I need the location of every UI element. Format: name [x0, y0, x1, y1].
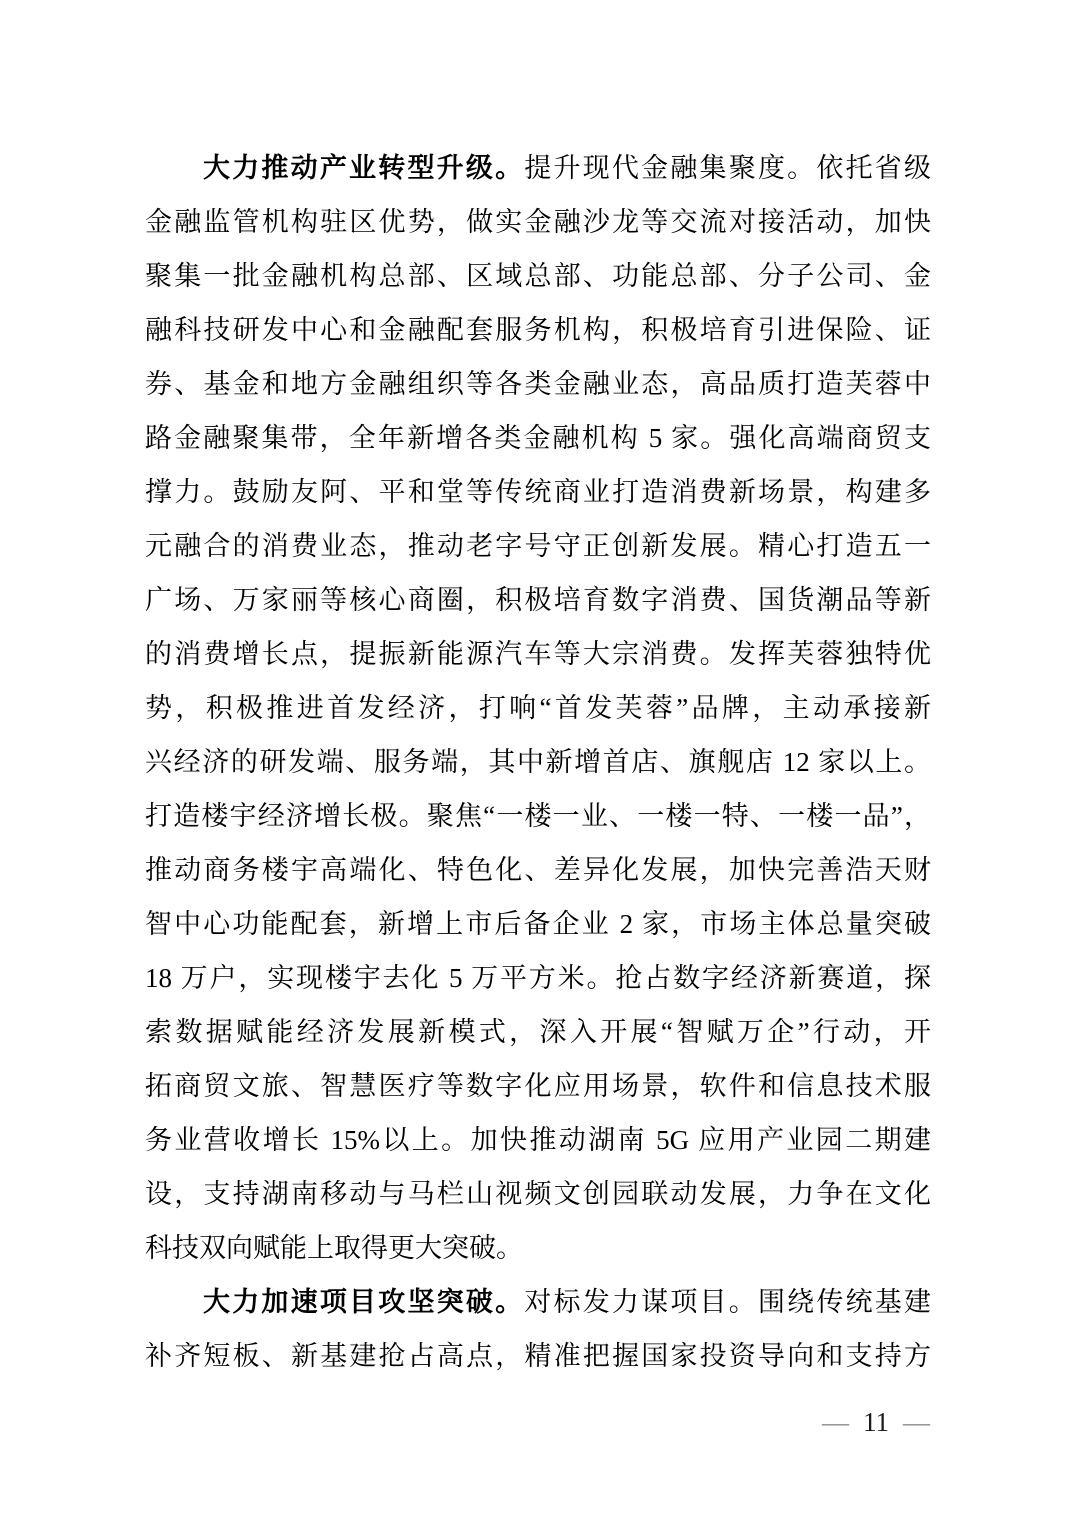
paragraph-1-lead: 大力推动产业转型升级。: [203, 153, 524, 183]
text-line: 推动商务楼宇高端化、特色化、差异化发展，加快完善浩天财: [145, 843, 931, 897]
text-line: 智中心功能配套，新增上市后备企业 2 家，市场主体总量突破: [145, 897, 931, 951]
text-line: 设，支持湖南移动与马栏山视频文创园联动发展，力争在文化: [145, 1167, 931, 1221]
text-line: 融科技研发中心和金融配套服务机构，积极培育引进保险、证: [145, 303, 931, 357]
footer-right-dash: —: [903, 1407, 930, 1437]
text-line: 索数据赋能经济发展新模式，深入开展“智赋万企”行动，开: [145, 1005, 931, 1059]
text-line: 元融合的消费业态，推动老字号守正创新发展。精心打造五一: [145, 519, 931, 573]
paragraph-1-first-line-text: 提升现代金融集聚度。依托省级: [524, 153, 931, 183]
paragraph-2-first-line-text: 对标发力谋项目。围绕传统基建: [524, 1287, 931, 1317]
text-line: 打造楼宇经济增长极。聚焦“一楼一业、一楼一特、一楼一品”，: [145, 789, 931, 843]
text-line: 补齐短板、新基建抢占高点，精准把握国家投资导向和支持方: [145, 1329, 931, 1383]
paragraph-2-first-line: 大力加速项目攻坚突破。对标发力谋项目。围绕传统基建: [145, 1275, 931, 1329]
paragraph-2-lead: 大力加速项目攻坚突破。: [203, 1287, 524, 1317]
footer-left-dash: —: [822, 1407, 849, 1437]
text-line: 兴经济的研发端、服务端，其中新增首店、旗舰店 12 家以上。: [145, 735, 931, 789]
page-number: 11: [863, 1407, 889, 1437]
document-body: 大力推动产业转型升级。提升现代金融集聚度。依托省级 金融监管机构驻区优势，做实金…: [145, 141, 931, 1383]
text-line: 广场、万家丽等核心商圈，积极培育数字消费、国货潮品等新: [145, 573, 931, 627]
paragraph-1-first-line: 大力推动产业转型升级。提升现代金融集聚度。依托省级: [145, 141, 931, 195]
text-line: 聚集一批金融机构总部、区域总部、功能总部、分子公司、金: [145, 249, 931, 303]
document-page: 大力推动产业转型升级。提升现代金融集聚度。依托省级 金融监管机构驻区优势，做实金…: [0, 0, 1074, 1520]
page-footer: —11—: [822, 1402, 930, 1442]
text-line: 务业营收增长 15%以上。加快推动湖南 5G 应用产业园二期建: [145, 1113, 931, 1167]
text-line: 拓商贸文旅、智慧医疗等数字化应用场景，软件和信息技术服: [145, 1059, 931, 1113]
text-line: 撑力。鼓励友阿、平和堂等传统商业打造消费新场景，构建多: [145, 465, 931, 519]
paragraph-1-last-line: 科技双向赋能上取得更大突破。: [145, 1221, 931, 1275]
text-line: 势，积极推进首发经济，打响“首发芙蓉”品牌，主动承接新: [145, 681, 931, 735]
text-line: 路金融聚集带，全年新增各类金融机构 5 家。强化高端商贸支: [145, 411, 931, 465]
text-line: 金融监管机构驻区优势，做实金融沙龙等交流对接活动，加快: [145, 195, 931, 249]
text-line: 券、基金和地方金融组织等各类金融业态，高品质打造芙蓉中: [145, 357, 931, 411]
text-line: 18 万户，实现楼宇去化 5 万平方米。抢占数字经济新赛道，探: [145, 951, 931, 1005]
text-line: 的消费增长点，提振新能源汽车等大宗消费。发挥芙蓉独特优: [145, 627, 931, 681]
